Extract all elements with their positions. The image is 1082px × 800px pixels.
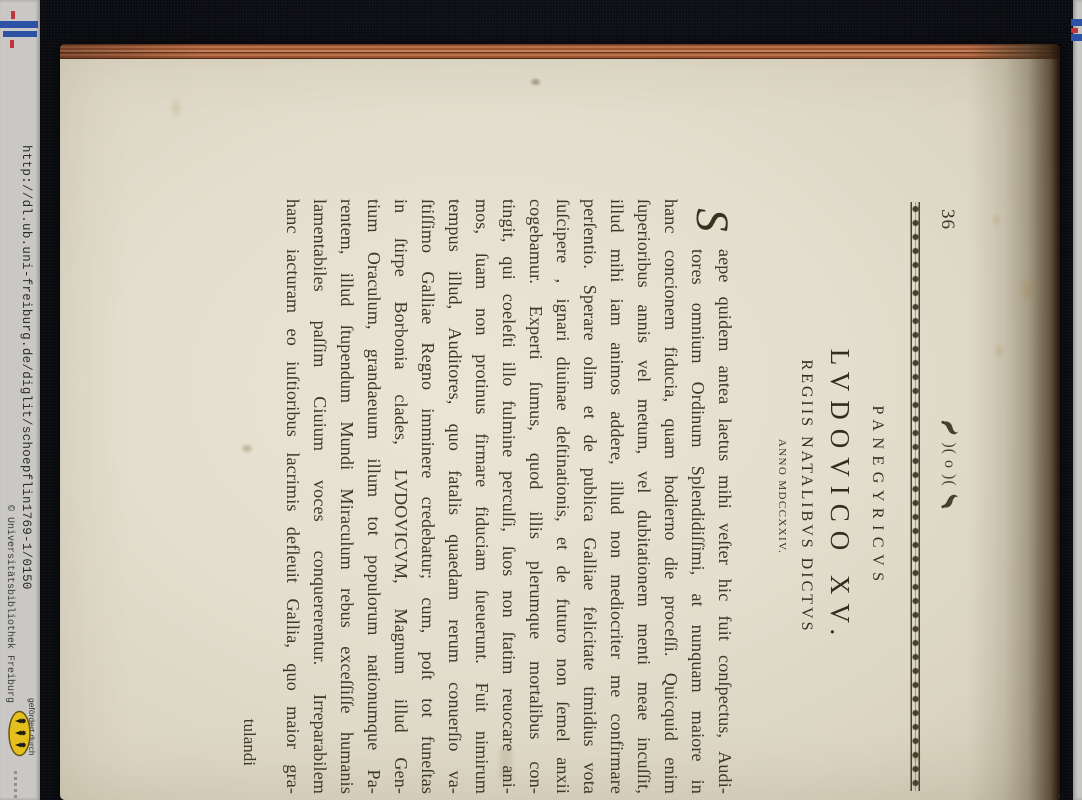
calibration-mark-blue [1071,19,1082,26]
source-url-label: http://dl.ub.uni-freiburg.de/diglit/scho… [19,145,33,725]
text-line: rentem, illud ſtupendum Mundi Miraculum … [333,199,360,794]
text-line: illud mihi iam animos addere, illud non … [603,199,630,794]
calibration-mark-blue [3,31,37,37]
calibration-mark-red [1071,28,1078,33]
text-line: tempus illud, Auditores, quo fatalis qua… [441,199,468,794]
text-block: 36 )( o )( PANEGYRICVS LVDOVICO XV. REGI… [236,199,960,794]
catchword: tulandi [236,199,263,794]
page-number: 36 [936,209,958,230]
age-spot [168,96,184,120]
ornament-text: )( o )( [941,442,959,486]
text-line: mos, ſuam non protinus firmare fiduciam … [468,199,495,794]
drop-cap: S [684,199,736,241]
fleuron-icon [940,419,959,435]
body-lines: aepe quidem antea laetus mihi veſter hic… [279,199,738,794]
left-margin-text: http://dl.ub.uni-freiburg.de/diglit/scho… [4,145,33,725]
book-page: 36 )( o )( PANEGYRICVS LVDOVICO XV. REGI… [60,44,1060,800]
running-head: 36 )( o )( [932,199,960,794]
calibration-mark-blue [0,21,38,28]
text-line: ſtiſſimo Galliae Regno imminere credebat… [414,199,441,794]
title-line-1: PANEGYRICVS [868,199,886,794]
text-line: hanc concionem fiducia, quam hodierno di… [657,199,684,794]
text-line: in ſtirpe Borbonia clades, LVDOVICVM, Ma… [387,199,414,794]
title-line-4: ANNO MDCCXXIV. [776,199,788,794]
text-line: lamentabiles paſſim Ciuium voces conquer… [306,199,333,794]
copyright-label: © Universitätsbibliothek Freiburg [4,505,15,725]
age-spot [529,77,542,87]
text-line: perſentio. Sperare olim et de publica Ga… [576,199,603,794]
text-line: tium Oraculum, grandaeuum illum tot popu… [360,199,387,794]
body-paragraph: S aepe quidem antea laetus mihi veſter h… [236,199,738,794]
scan-canvas: http://dl.ub.uni-freiburg.de/diglit/scho… [0,0,1082,800]
calibration-mark-red [11,11,15,19]
book-fore-edge [60,44,1060,59]
text-line: hanc iacturam eo iuſtioribus lacrimis de… [279,199,306,794]
calibration-mark-blue [1071,34,1082,41]
text-line: ſuperioribus annis vel metum, vel dubita… [630,199,657,794]
cutoff-text-mark [14,770,17,798]
text-line: tores omnium Ordinum Splendidiſſimi, at … [684,199,711,794]
text-line: cogebamur. Experti ſumus, quod illis ple… [522,199,549,794]
running-head-ornament: )( o )( [940,419,959,509]
calibration-mark-red [10,40,14,48]
gutter-shadow [968,44,1060,800]
title-line-2: LVDOVICO XV. [824,199,855,794]
headpiece-rule [910,202,921,791]
text-line: ſuſcipere , ignari diuinae deſtinationis… [549,199,576,794]
title-line-3: REGIIS NATALIBVS DICTVS [797,199,815,794]
text-line: aepe quidem antea laetus mihi veſter hic… [711,199,738,794]
funding-emblem-icon [8,710,31,757]
fleuron-icon [940,494,959,510]
text-line: tingit, qui coeleſti illo fulmine percul… [495,199,522,794]
